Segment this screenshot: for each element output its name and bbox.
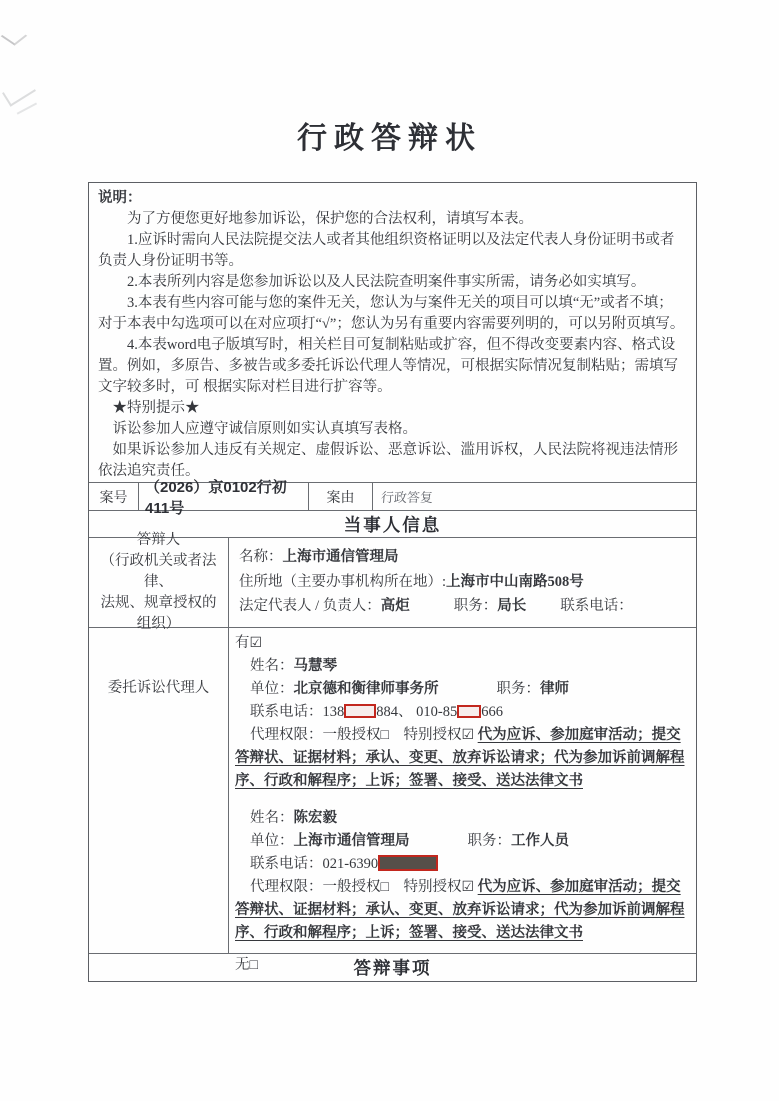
respondent-address-value: 上海市中山南路508号: [446, 574, 584, 590]
phone-redaction-box: [344, 704, 376, 718]
agent-phone-part: 138: [323, 704, 345, 720]
scan-artifact: [13, 95, 37, 114]
agent-phone-line: 联系电话：138884、 010-85666: [235, 701, 686, 724]
respondent-rep-value: 高炬: [381, 598, 410, 614]
agent-authority-line: 代理权限：一般授权□ 特别授权☑ 代为应诉、参加庭审活动；提交答辩状、证据材料；…: [235, 876, 686, 945]
general-authorization-checkbox-empty: □: [381, 728, 389, 743]
respondent-label-line: 法规、规章授权的: [101, 593, 217, 614]
respondent-phone-label: 联系电话：: [560, 598, 633, 614]
agent-name-value: 陈宏毅: [294, 810, 338, 826]
agent-phone-part: 021-6390: [323, 856, 379, 872]
agent-name-value: 马慧琴: [294, 658, 338, 674]
special-authorization-label: 特别授权: [403, 727, 461, 743]
respondent-label-line: （行政机关或者法律、: [89, 551, 228, 593]
instructions-paragraph: 为了方便您更好地参加诉讼，保护您的合法权利，请填写本表。: [98, 209, 685, 230]
agent-block: 姓名：马慧琴 单位：北京德和衡律师事务所职务：律师 联系电话：138884、 0…: [235, 655, 686, 793]
no-agent-checkbox-empty: □: [250, 958, 258, 973]
no-agent-label: 无: [235, 957, 250, 973]
agent-org-label: 单位：: [250, 681, 294, 697]
agent-org-label: 单位：: [250, 833, 294, 849]
form-table: 说明： 为了方便您更好地参加诉讼，保护您的合法权利，请填写本表。 1.应诉时需向…: [88, 182, 697, 982]
respondent-label: 答辩人 （行政机关或者法律、 法规、规章授权的 组织）: [89, 538, 229, 627]
agent-phone-label: 联系电话：: [250, 856, 323, 872]
case-number-value: （2026）京0102行初411号: [139, 483, 309, 510]
instructions-paragraph: 1.应诉时需向人民法院提交法人或者其他组织资格证明以及法定代表人身份证明书或者负…: [98, 230, 685, 272]
authority-label: 代理权限：: [250, 879, 323, 895]
instructions-paragraph: 2.本表所列内容是您参加诉讼以及人民法院查明案件事实所需，请务必如实填写。: [98, 272, 685, 293]
agents-details: 有☑ 姓名：马慧琴 单位：北京德和衡律师事务所职务：律师 联系电话：138884…: [229, 628, 696, 953]
agent-org-value: 北京德和衡律师事务所: [294, 681, 439, 697]
agent-org-line: 单位：北京德和衡律师事务所职务：律师: [235, 678, 686, 701]
cause-value: 行政答复: [380, 487, 433, 506]
no-agent-line: 无□: [235, 954, 686, 977]
instructions-heading: 说明：: [98, 188, 685, 209]
respondent-address-label: 住所地（主要办事机构所在地）:: [239, 574, 446, 590]
respondent-label-line: 答辩人: [137, 530, 181, 551]
agents-row-label: 委托诉讼代理人: [89, 628, 229, 953]
agent-duty-label: 职务：: [468, 833, 512, 849]
cause-label: 案由: [309, 483, 373, 510]
phone-redaction-box: [457, 705, 481, 718]
respondent-name-label: 名称：: [239, 549, 283, 565]
general-authorization-label: 一般授权: [323, 727, 381, 743]
respondent-duty-value: 局长: [497, 598, 526, 614]
agent-name-label: 姓名：: [250, 658, 294, 674]
instructions-paragraph: 3.本表有些内容可能与您的案件无关，您认为与案件无关的项目可以填“无”或者不填；…: [98, 293, 685, 335]
scan-artifact: [2, 77, 36, 106]
scanned-document-page: 行政答辩状 说明： 为了方便您更好地参加诉讼，保护您的合法权利，请填写本表。 1…: [0, 0, 779, 1101]
scan-artifact: [1, 26, 28, 45]
agent-phone-line: 联系电话：021-6390: [235, 853, 686, 876]
general-authorization-label: 一般授权: [323, 879, 381, 895]
instructions-section: 说明： 为了方便您更好地参加诉讼，保护您的合法权利，请填写本表。 1.应诉时需向…: [89, 183, 696, 483]
respondent-rep-line: 法定代表人 / 负责人：高炬职务：局长联系电话：: [239, 594, 688, 619]
agent-duty-value: 工作人员: [511, 833, 569, 849]
agent-duty-value: 律师: [540, 681, 569, 697]
special-authorization-checkbox-checked: ☑: [461, 880, 474, 895]
general-authorization-checkbox-empty: □: [381, 880, 389, 895]
agent-phone-part: 884、 010-85: [376, 704, 457, 720]
case-number-row: 案号 （2026）京0102行初411号 案由 行政答复: [89, 483, 696, 511]
agent-block: 姓名：陈宏毅 单位：上海市通信管理局职务：工作人员 联系电话：021-6390 …: [235, 807, 686, 945]
respondent-address-line: 住所地（主要办事机构所在地）:上海市中山南路508号: [239, 570, 688, 595]
special-authorization-checkbox-checked: ☑: [461, 728, 474, 743]
respondent-rep-label: 法定代表人 / 负责人：: [239, 598, 381, 614]
respondent-name-value: 上海市通信管理局: [283, 549, 399, 565]
case-number-label: 案号: [89, 483, 139, 510]
authority-label: 代理权限：: [250, 727, 323, 743]
agent-phone-label: 联系电话：: [250, 704, 323, 720]
has-agent-checkbox-checked: ☑: [250, 636, 263, 651]
agents-row: 委托诉讼代理人 有☑ 姓名：马慧琴 单位：北京德和衡律师事务所职务：律师 联系电…: [89, 628, 696, 954]
cause-value-cell: 行政答复: [373, 483, 696, 510]
special-notice-line: 诉讼参加人应遵守诚信原则如实认真填写表格。: [98, 419, 685, 440]
respondent-row: 答辩人 （行政机关或者法律、 法规、规章授权的 组织） 名称：上海市通信管理局 …: [89, 538, 696, 628]
phone-redaction-box: [378, 855, 438, 871]
agent-name-label: 姓名：: [250, 810, 294, 826]
agent-phone-part: 666: [481, 704, 503, 720]
agent-name-line: 姓名：马慧琴: [235, 655, 686, 678]
agent-org-line: 单位：上海市通信管理局职务：工作人员: [235, 830, 686, 853]
respondent-duty-label: 职务：: [454, 598, 498, 614]
respondent-details: 名称：上海市通信管理局 住所地（主要办事机构所在地）:上海市中山南路508号 法…: [229, 538, 696, 627]
agent-authority-line: 代理权限：一般授权□ 特别授权☑ 代为应诉、参加庭审活动；提交答辩状、证据材料；…: [235, 724, 686, 793]
agent-org-value: 上海市通信管理局: [294, 833, 410, 849]
instructions-paragraph: 4.本表word电子版填写时，相关栏目可复制粘贴或扩容，但不得改变要素内容、格式…: [98, 335, 685, 398]
document-title: 行政答辩状: [0, 113, 779, 157]
has-agent-line: 有☑: [235, 632, 686, 655]
agent-name-line: 姓名：陈宏毅: [235, 807, 686, 830]
has-agent-label: 有: [235, 635, 250, 651]
special-notice-heading: ★特别提示★: [98, 398, 685, 419]
respondent-name-line: 名称：上海市通信管理局: [239, 545, 688, 570]
special-authorization-label: 特别授权: [403, 879, 461, 895]
agent-duty-label: 职务：: [497, 681, 541, 697]
